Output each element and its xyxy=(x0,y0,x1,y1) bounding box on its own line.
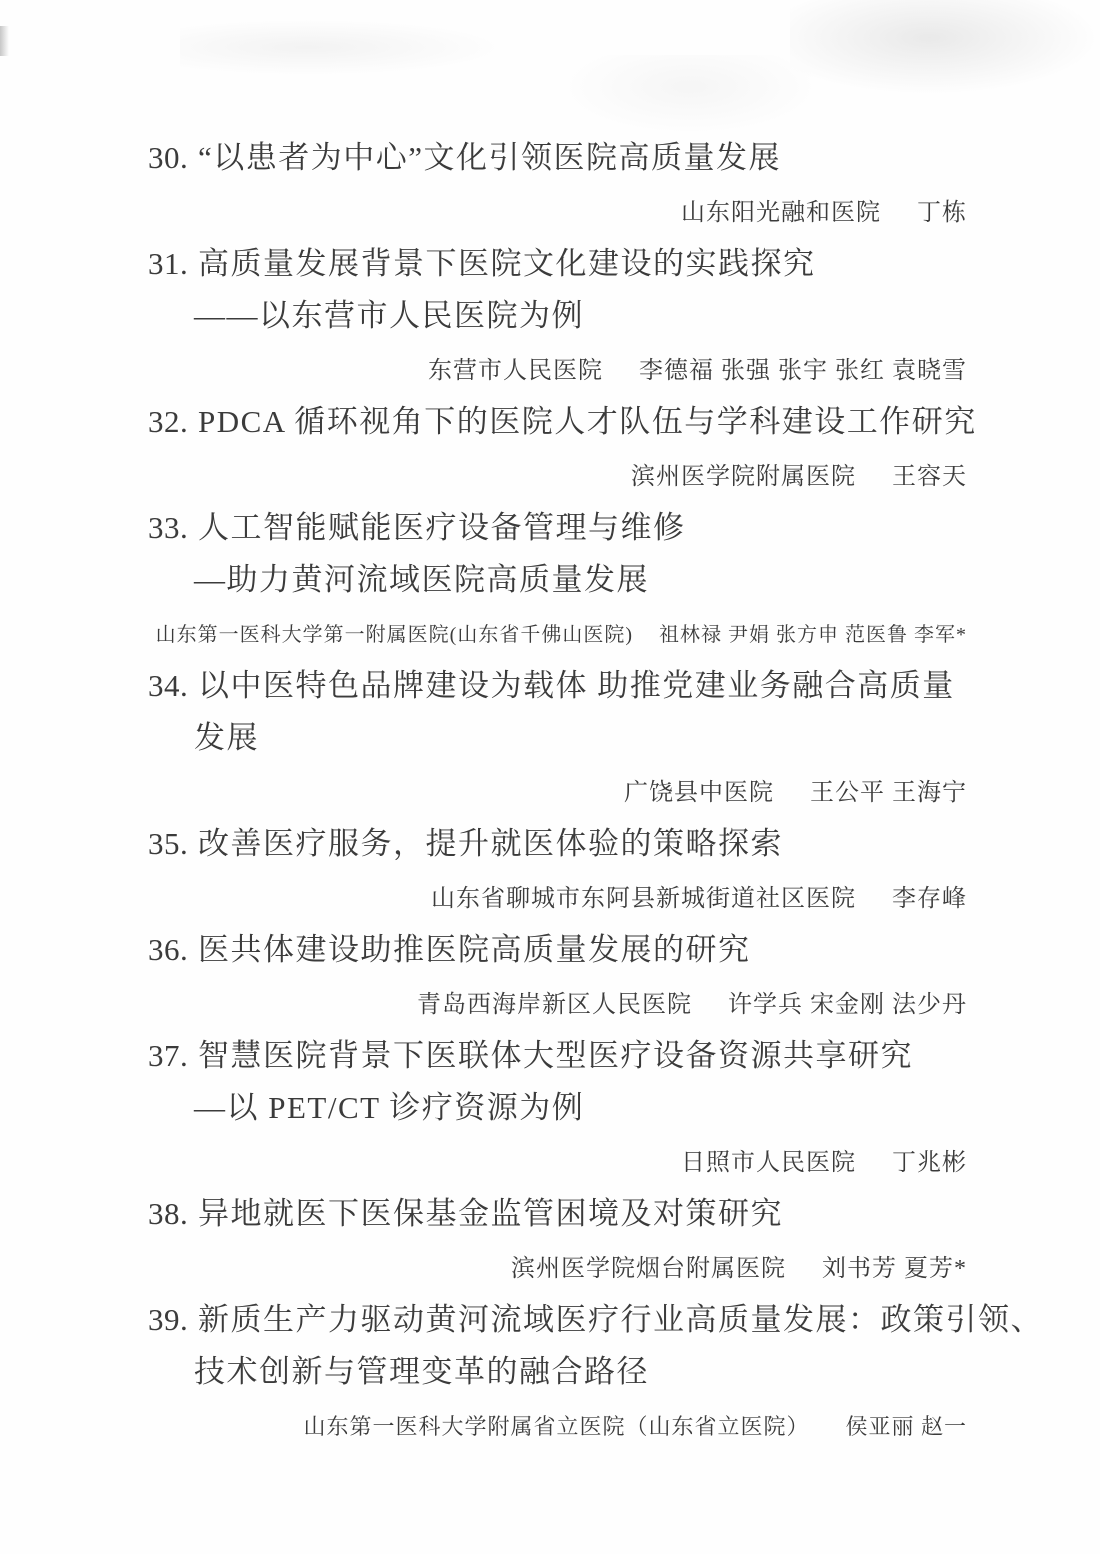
entry-authors: 王公平 王海宁 xyxy=(810,780,967,806)
entry-org: 山东省聊城市东阿县新城街道社区医院 xyxy=(431,886,892,912)
entry-affiliation: 青岛西海岸新区人民医院许学兵 宋金刚 法少丹 xyxy=(148,990,967,1020)
entry-authors: 刘书芳 夏芳* xyxy=(822,1256,967,1282)
entry-authors: 李存峰 xyxy=(892,886,967,912)
entry-affiliation: 山东阳光融和医院丁栋 xyxy=(148,198,967,228)
entry-affiliation: 日照市人民医院丁兆彬 xyxy=(148,1148,967,1178)
entry-number: 38. xyxy=(148,1188,198,1240)
entry-authors: 祖林禄 尹娟 张方申 范医鲁 李军* xyxy=(659,624,967,646)
entry-number: 31. xyxy=(148,238,198,290)
document-page: 30.“以患者为中心”文化引领医院高质量发展 山东阳光融和医院丁栋 31.高质量… xyxy=(0,0,1100,1554)
paper-entry: 35.改善医疗服务，提升就医体验的策略探索 山东省聊城市东阿县新城街道社区医院李… xyxy=(148,818,967,914)
entry-title-text: 以中医特色品牌建设为载体 助推党建业务融合高质量 xyxy=(198,668,955,703)
entry-title-continuation: 发展 xyxy=(148,712,967,764)
entry-title-line: 33.人工智能赋能医疗设备管理与维修 xyxy=(148,502,967,554)
entry-title-continuation: 技术创新与管理变革的融合路径 xyxy=(148,1346,967,1398)
entry-authors: 许学兵 宋金刚 法少丹 xyxy=(728,992,967,1018)
entry-number: 32. xyxy=(148,396,198,448)
paper-entry: 33.人工智能赋能医疗设备管理与维修 —助力黄河流域医院高质量发展 山东第一医科… xyxy=(148,502,967,650)
paper-entry: 32.PDCA 循环视角下的医院人才队伍与学科建设工作研究 滨州医学院附属医院王… xyxy=(148,396,967,492)
entry-title-text: 异地就医下医保基金监管困境及对策研究 xyxy=(198,1196,783,1231)
entry-org: 山东阳光融和医院 xyxy=(681,200,917,226)
paper-entry: 39.新质生产力驱动黄河流域医疗行业高质量发展：政策引领、 技术创新与管理变革的… xyxy=(148,1294,967,1442)
scan-smudge xyxy=(560,55,820,135)
entry-title-continuation: ——以东营市人民医院为例 xyxy=(148,290,967,342)
entry-number: 30. xyxy=(148,132,198,184)
entry-org: 日照市人民医院 xyxy=(681,1150,892,1176)
entry-title-text: 新质生产力驱动黄河流域医疗行业高质量发展：政策引领、 xyxy=(198,1302,1043,1337)
paper-entry: 37.智慧医院背景下医联体大型医疗设备资源共享研究 —以 PET/CT 诊疗资源… xyxy=(148,1030,967,1178)
paper-list: 30.“以患者为中心”文化引领医院高质量发展 山东阳光融和医院丁栋 31.高质量… xyxy=(148,132,967,1452)
entry-title-line: 31.高质量发展背景下医院文化建设的实践探究 xyxy=(148,238,967,290)
entry-affiliation: 山东第一医科大学第一附属医院(山东省千佛山医院)祖林禄 尹娟 张方申 范医鲁 李… xyxy=(148,620,967,650)
entry-org: 滨州医学院烟台附属医院 xyxy=(511,1256,822,1282)
entry-authors: 丁栋 xyxy=(917,200,967,226)
entry-title-text: PDCA 循环视角下的医院人才队伍与学科建设工作研究 xyxy=(198,404,977,439)
entry-affiliation: 滨州医学院烟台附属医院刘书芳 夏芳* xyxy=(148,1254,967,1284)
entry-title-line: 35.改善医疗服务，提升就医体验的策略探索 xyxy=(148,818,967,870)
entry-number: 36. xyxy=(148,924,198,976)
entry-title-line: 32.PDCA 循环视角下的医院人才队伍与学科建设工作研究 xyxy=(148,396,967,448)
entry-org: 山东第一医科大学第一附属医院(山东省千佛山医院) xyxy=(156,624,659,646)
entry-org: 滨州医学院附属医院 xyxy=(631,464,892,490)
paper-entry: 34.以中医特色品牌建设为载体 助推党建业务融合高质量 发展 广饶县中医院王公平… xyxy=(148,660,967,808)
entry-number: 37. xyxy=(148,1030,198,1082)
entry-number: 39. xyxy=(148,1294,198,1346)
entry-title-line: 39.新质生产力驱动黄河流域医疗行业高质量发展：政策引领、 xyxy=(148,1294,967,1346)
entry-affiliation: 山东省聊城市东阿县新城街道社区医院李存峰 xyxy=(148,884,967,914)
entry-title-text: 人工智能赋能医疗设备管理与维修 xyxy=(198,510,686,545)
entry-org: 广饶县中医院 xyxy=(624,780,810,806)
scan-smudge xyxy=(180,20,500,75)
entry-title-line: 38.异地就医下医保基金监管困境及对策研究 xyxy=(148,1188,967,1240)
entry-affiliation: 广饶县中医院王公平 王海宁 xyxy=(148,778,967,808)
entry-title-text: 智慧医院背景下医联体大型医疗设备资源共享研究 xyxy=(198,1038,913,1073)
entry-authors: 侯亚丽 赵一 xyxy=(845,1414,967,1439)
paper-entry: 30.“以患者为中心”文化引领医院高质量发展 山东阳光融和医院丁栋 xyxy=(148,132,967,228)
entry-title-text: 改善医疗服务，提升就医体验的策略探索 xyxy=(198,826,783,861)
entry-number: 34. xyxy=(148,660,198,712)
entry-affiliation: 山东第一医科大学附属省立医院（山东省立医院）侯亚丽 赵一 xyxy=(148,1412,967,1442)
entry-title-continuation: —助力黄河流域医院高质量发展 xyxy=(148,554,967,606)
entry-title-line: 34.以中医特色品牌建设为载体 助推党建业务融合高质量 xyxy=(148,660,967,712)
entry-affiliation: 滨州医学院附属医院王容天 xyxy=(148,462,967,492)
paper-entry: 36.医共体建设助推医院高质量发展的研究 青岛西海岸新区人民医院许学兵 宋金刚 … xyxy=(148,924,967,1020)
entry-title-line: 30.“以患者为中心”文化引领医院高质量发展 xyxy=(148,132,967,184)
scan-speck xyxy=(0,26,9,56)
entry-number: 33. xyxy=(148,502,198,554)
entry-title-continuation: —以 PET/CT 诊疗资源为例 xyxy=(148,1082,967,1134)
entry-number: 35. xyxy=(148,818,198,870)
entry-org: 东营市人民医院 xyxy=(428,358,639,384)
entry-title-line: 37.智慧医院背景下医联体大型医疗设备资源共享研究 xyxy=(148,1030,967,1082)
entry-title-text: 高质量发展背景下医院文化建设的实践探究 xyxy=(198,246,816,281)
entry-authors: 李德福 张强 张宇 张红 袁晓雪 xyxy=(639,358,967,384)
entry-title-text: “以患者为中心”文化引领医院高质量发展 xyxy=(198,140,781,175)
entry-authors: 王容天 xyxy=(892,464,967,490)
entry-title-text: 医共体建设助推医院高质量发展的研究 xyxy=(198,932,751,967)
scan-smudge xyxy=(790,0,1100,95)
entry-authors: 丁兆彬 xyxy=(892,1150,967,1176)
paper-entry: 38.异地就医下医保基金监管困境及对策研究 滨州医学院烟台附属医院刘书芳 夏芳* xyxy=(148,1188,967,1284)
entry-org: 山东第一医科大学附属省立医院（山东省立医院） xyxy=(303,1414,845,1439)
entry-affiliation: 东营市人民医院李德福 张强 张宇 张红 袁晓雪 xyxy=(148,356,967,386)
entry-title-line: 36.医共体建设助推医院高质量发展的研究 xyxy=(148,924,967,976)
entry-org: 青岛西海岸新区人民医院 xyxy=(417,992,728,1018)
paper-entry: 31.高质量发展背景下医院文化建设的实践探究 ——以东营市人民医院为例 东营市人… xyxy=(148,238,967,386)
